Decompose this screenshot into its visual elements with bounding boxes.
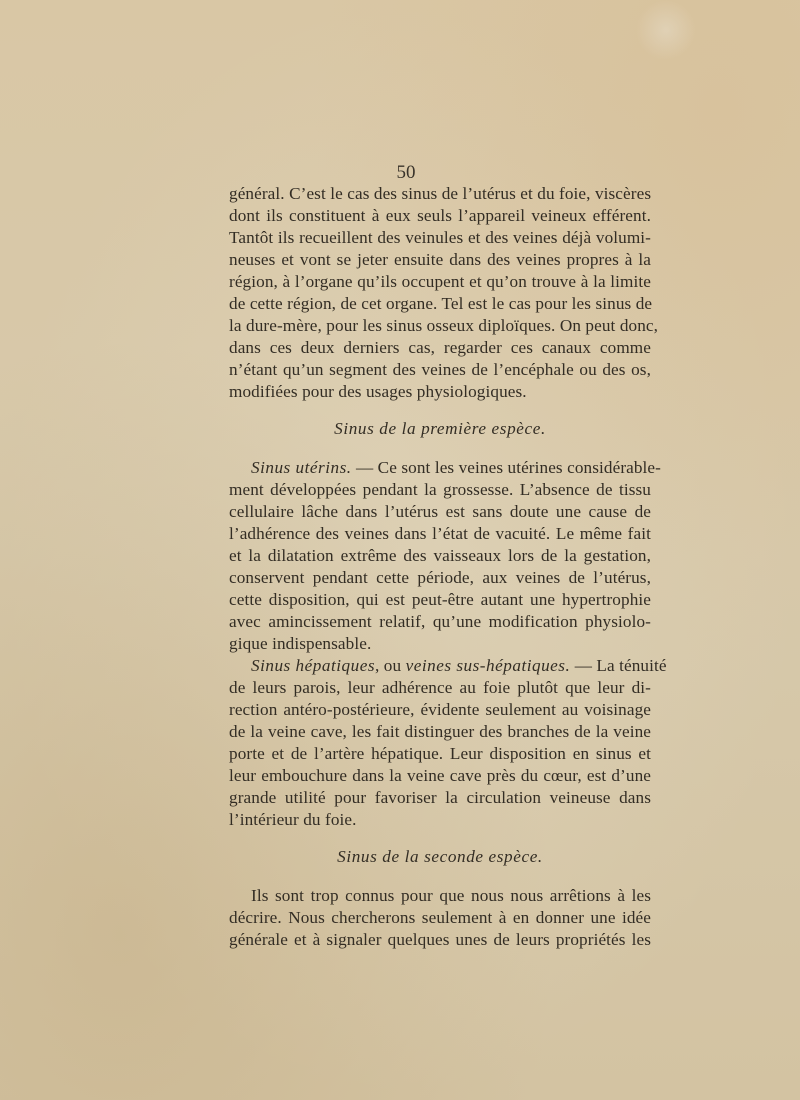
text-fragment: — La ténuité bbox=[570, 656, 666, 675]
spacer bbox=[229, 403, 651, 418]
text-line: modifiées pour des usages physiologiques… bbox=[229, 381, 651, 403]
text-line: général. C’est le cas des sinus de l’uté… bbox=[229, 183, 651, 205]
text-line: Sinus utérins. — Ce sont les veines utér… bbox=[229, 457, 651, 479]
text-line: conservent pendant cette période, aux ve… bbox=[229, 567, 651, 589]
uterine-sinus-paragraph: Sinus utérins. — Ce sont les veines utér… bbox=[229, 457, 651, 655]
text-line: dont ils constituent à eux seuls l’appar… bbox=[229, 205, 651, 227]
section-heading-second-species: Sinus de la seconde espèce. bbox=[229, 846, 651, 868]
term-sinus-hepatiques: Sinus hépatiques bbox=[251, 656, 375, 675]
page-body: général. C’est le cas des sinus de l’uté… bbox=[229, 183, 651, 951]
text-line: Sinus hépatiques, ou veines sus-hépatiqu… bbox=[229, 655, 651, 677]
text-line: gique indispensable. bbox=[229, 633, 651, 655]
spacer bbox=[229, 868, 651, 885]
text-line: rection antéro-postérieure, évidente seu… bbox=[229, 699, 651, 721]
text-line: avec amincissement relatif, qu’une modif… bbox=[229, 611, 651, 633]
text-line: leur embouchure dans la veine cave près … bbox=[229, 765, 651, 787]
text-line: générale et à signaler quelques unes de … bbox=[229, 929, 651, 951]
text-fragment: — Ce sont les veines utérines considérab… bbox=[352, 458, 661, 477]
text-line: dans ces deux derniers cas, regarder ces… bbox=[229, 337, 651, 359]
text-line: décrire. Nous chercherons seulement à en… bbox=[229, 907, 651, 929]
spacer bbox=[229, 440, 651, 457]
intro-paragraph: général. C’est le cas des sinus de l’uté… bbox=[229, 183, 651, 403]
term-veines-sus-hepatiques: veines sus-hépatiques. bbox=[406, 656, 571, 675]
section-heading-first-species: Sinus de la première espèce. bbox=[229, 418, 651, 440]
text-line: ment développées pendant la grossesse. L… bbox=[229, 479, 651, 501]
text-line: porte et de l’artère hépatique. Leur dis… bbox=[229, 743, 651, 765]
page-number: 50 bbox=[0, 162, 800, 184]
text-line: neuses et vont se jeter ensuite dans des… bbox=[229, 249, 651, 271]
text-line: de leurs parois, leur adhérence au foie … bbox=[229, 677, 651, 699]
paper-smudge bbox=[636, 0, 696, 60]
text-line: l’intérieur du foie. bbox=[229, 809, 651, 831]
text-line: de la veine cave, les fait distinguer de… bbox=[229, 721, 651, 743]
text-line: n’étant qu’un segment des veines de l’en… bbox=[229, 359, 651, 381]
second-species-paragraph: Ils sont trop connus pour que nous nous … bbox=[229, 885, 651, 951]
term-sinus-uterins: Sinus utérins. bbox=[251, 458, 352, 477]
text-line: grande utilité pour favoriser la circula… bbox=[229, 787, 651, 809]
text-line: la dure-mère, pour les sinus osseux dipl… bbox=[229, 315, 651, 337]
hepatic-sinus-paragraph: Sinus hépatiques, ou veines sus-hépatiqu… bbox=[229, 655, 651, 831]
text-line: et la dilatation extrême des vaisseaux l… bbox=[229, 545, 651, 567]
text-line: cellulaire lâche dans l’utérus est sans … bbox=[229, 501, 651, 523]
text-line: Tantôt ils recueillent des veinules et d… bbox=[229, 227, 651, 249]
text-line: Ils sont trop connus pour que nous nous … bbox=[229, 885, 651, 907]
spacer bbox=[229, 831, 651, 846]
text-fragment: , ou bbox=[375, 656, 406, 675]
text-line: cette disposition, qui est peut-être aut… bbox=[229, 589, 651, 611]
text-line: région, à l’organe qu’ils occupent et qu… bbox=[229, 271, 651, 293]
text-line: de cette région, de cet organe. Tel est … bbox=[229, 293, 651, 315]
text-line: l’adhérence des veines dans l’état de va… bbox=[229, 523, 651, 545]
